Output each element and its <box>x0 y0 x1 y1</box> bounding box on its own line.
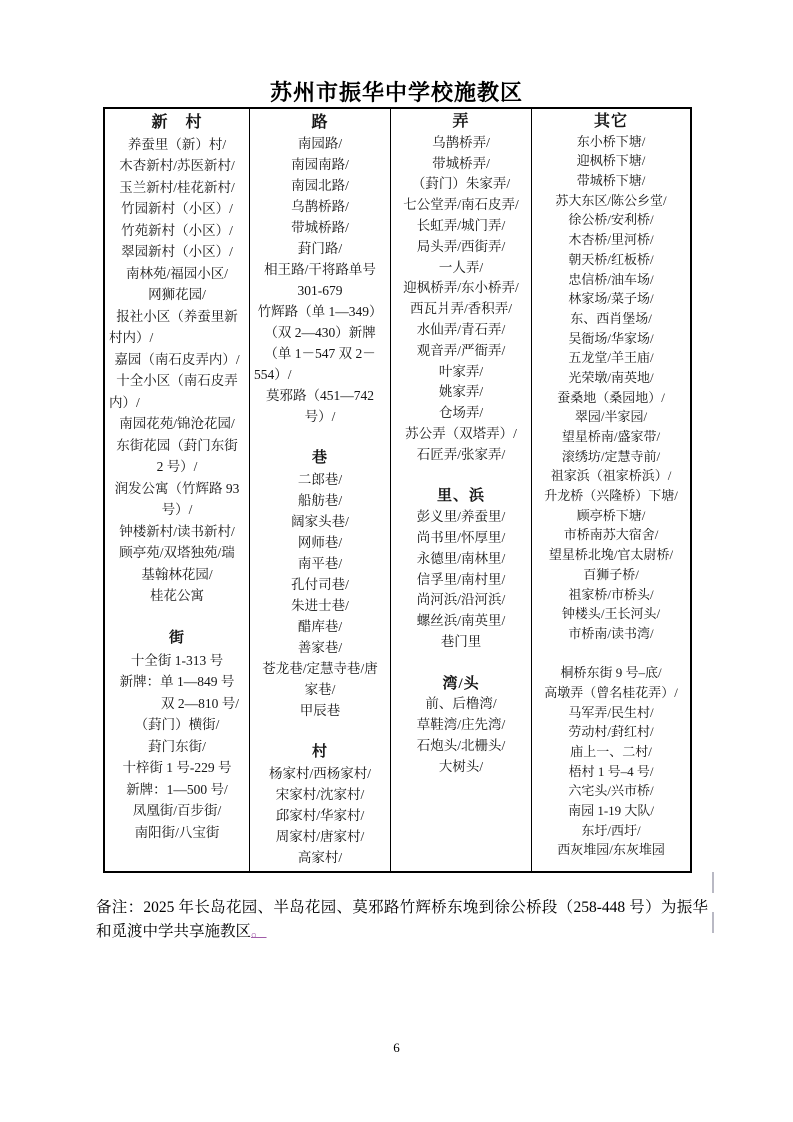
entry-line: 网狮花园/ <box>105 284 249 306</box>
entry-line: 新牌：1—500 号/ <box>105 779 249 801</box>
entry-line: 苏大东区/陈公乡堂/ <box>532 191 690 211</box>
entry-line: （葑门）朱家弄/ <box>391 174 531 195</box>
entry-line: 石炮头/北栅头/ <box>391 736 531 757</box>
entry-line: 竹苑新村（小区）/ <box>105 220 249 242</box>
entry-line: 葑门路/ <box>250 238 390 259</box>
entry-line: 朱进士巷/ <box>250 595 390 616</box>
entry-line: 玉兰新村/桂花新村/ <box>105 177 249 199</box>
entry-line: 2 号）/ <box>105 456 249 478</box>
entry-line: 光荣墩/南英地/ <box>532 368 690 388</box>
entry-line: 善家巷/ <box>250 637 390 658</box>
entry-line: 邱家村/华家村/ <box>250 805 390 826</box>
entry-line: 网师巷/ <box>250 532 390 553</box>
entry-line: 东街花园（葑门东街 <box>105 435 249 457</box>
entry-line: 马军弄/民生村/ <box>532 703 690 723</box>
entry-line: 十全小区（南石皮弄 <box>105 370 249 392</box>
entry-line: 大树头/ <box>391 757 531 778</box>
entry-line: 翠园/半家园/ <box>532 407 690 427</box>
entry-line <box>532 644 690 664</box>
column-subheader: 村 <box>250 742 390 763</box>
entry-line: 祖家浜（祖家桥浜）/ <box>532 466 690 486</box>
entry-line: 东、西肖堡场/ <box>532 309 690 329</box>
column-subheader: 街 <box>105 628 249 650</box>
column-header: 弄 <box>391 112 531 133</box>
entry-line <box>250 427 390 448</box>
entry-line <box>391 653 531 674</box>
entry-line <box>250 721 390 742</box>
entry-line: 阔家头巷/ <box>250 511 390 532</box>
entry-line: 南园路/ <box>250 133 390 154</box>
entry-line: 市桥南/读书湾/ <box>532 624 690 644</box>
entry-line: 内）/ <box>105 392 249 414</box>
revision-change-bar <box>712 912 714 933</box>
column-header: 路 <box>250 112 390 133</box>
entry-line: 乌鹊桥弄/ <box>391 133 531 154</box>
entry-line: 南林苑/福园小区/ <box>105 263 249 285</box>
entry-line: 升龙桥（兴隆桥）下塘/ <box>532 486 690 506</box>
entry-line: 尚河浜/沿河浜/ <box>391 590 531 611</box>
entry-line: 五龙堂/羊王庙/ <box>532 348 690 368</box>
document-page: { "page": { "title": "苏州市振华中学校施教区", "pag… <box>0 0 793 1122</box>
entry-line: 南园南路/ <box>250 154 390 175</box>
entry-line: 杨家村/西杨家村/ <box>250 763 390 784</box>
entry-line <box>391 466 531 487</box>
entry-line: 徐公桥/安利桥/ <box>532 210 690 230</box>
entry-line: 报社小区（养蚕里新 <box>105 306 249 328</box>
entry-line: 醋库巷/ <box>250 616 390 637</box>
entry-line: 孔付司巷/ <box>250 574 390 595</box>
entry-line: 姚家弄/ <box>391 382 531 403</box>
entry-line: 莫邪路（451—742 <box>250 385 390 406</box>
entry-line: 高家村/ <box>250 847 390 868</box>
entry-line: 南平巷/ <box>250 553 390 574</box>
entry-line: 嘉园（南石皮弄内）/ <box>105 349 249 371</box>
entry-line: 东圩/西圩/ <box>532 821 690 841</box>
entry-line: 梧村 1 号–4 号/ <box>532 762 690 782</box>
entry-line: 南园 1-19 大队/ <box>532 801 690 821</box>
entry-line: 尚书里/怀厚里/ <box>391 528 531 549</box>
column-header: 新 村 <box>105 112 249 134</box>
entry-line: 水仙弄/青石弄/ <box>391 320 531 341</box>
entry-line: 朝天桥/红板桥/ <box>532 250 690 270</box>
entry-line: 石匠弄/张家弄/ <box>391 445 531 466</box>
entry-line: 润发公寓（竹辉路 93 <box>105 478 249 500</box>
entry-line: 南园北路/ <box>250 175 390 196</box>
entry-line: 带城桥路/ <box>250 217 390 238</box>
entry-line: 桐桥东街 9 号–底/ <box>532 663 690 683</box>
entry-line: 苏公弄（双塔弄）/ <box>391 424 531 445</box>
entry-line: 滚绣坊/定慧寺前/ <box>532 447 690 467</box>
entry-line: 劳动村/葑红村/ <box>532 722 690 742</box>
entry-line: 望星桥南/盛家带/ <box>532 427 690 447</box>
entry-line: 忠信桥/油车场/ <box>532 270 690 290</box>
entry-line: 南阳街/八宝街 <box>105 822 249 844</box>
footnote-tracked-change: 。 <box>251 923 267 940</box>
entry-line: 双 2—810 号/ <box>105 693 249 715</box>
entry-line: 螺丝浜/南英里/ <box>391 611 531 632</box>
entry-line: 六宅头/兴市桥/ <box>532 781 690 801</box>
entry-line: 仓场弄/ <box>391 403 531 424</box>
entry-line: 顾亭桥下塘/ <box>532 506 690 526</box>
entry-line: 基翰林花园/ <box>105 564 249 586</box>
page-title: 苏州市振华中学校施教区 <box>0 76 793 107</box>
column-subheader: 巷 <box>250 448 390 469</box>
entry-line: 市桥南苏大宿舍/ <box>532 525 690 545</box>
entry-line: 庙上一、二村/ <box>532 742 690 762</box>
entry-line <box>105 607 249 629</box>
entry-line: 信孚里/南村里/ <box>391 570 531 591</box>
entry-line: 二郎巷/ <box>250 469 390 490</box>
entry-line: 养蚕里（新）村/ <box>105 134 249 156</box>
entry-line: 彭义里/养蚕里/ <box>391 507 531 528</box>
entry-line: 甲辰巷 <box>250 700 390 721</box>
entry-line: 迎枫桥弄/东小桥弄/ <box>391 278 531 299</box>
entry-line: （单 1－547 双 2－ <box>250 343 390 364</box>
entry-line: 钟楼新村/读书新村/ <box>105 521 249 543</box>
entry-line: 翠园新村（小区）/ <box>105 241 249 263</box>
entry-line: 木杏桥/里河桥/ <box>532 230 690 250</box>
entry-line: 南园花苑/锦沧花园/ <box>105 413 249 435</box>
entry-line: 葑门东街/ <box>105 736 249 758</box>
entry-line: 叶家弄/ <box>391 362 531 383</box>
entry-line: 相王路/干将路单号 <box>250 259 390 280</box>
entry-line: 局头弄/西街弄/ <box>391 237 531 258</box>
column-subheader: 里、浜 <box>391 486 531 507</box>
entry-line: 林家场/菜子场/ <box>532 289 690 309</box>
entry-line: 家巷/ <box>250 679 390 700</box>
entry-line: 带城桥弄/ <box>391 154 531 175</box>
entry-line: 号）/ <box>105 499 249 521</box>
entry-line: 十梓街 1 号-229 号 <box>105 757 249 779</box>
entry-line: 新牌：单 1—849 号 <box>105 671 249 693</box>
entry-line: 吴衙场/华家场/ <box>532 329 690 349</box>
entry-line: 船舫巷/ <box>250 490 390 511</box>
entry-line: 宋家村/沈家村/ <box>250 784 390 805</box>
entry-line: （双 2—430）新牌 <box>250 322 390 343</box>
table-column-3: 其它东小桥下塘/迎枫桥下塘/带城桥下塘/苏大东区/陈公乡堂/徐公桥/安利桥/木杏… <box>531 109 690 871</box>
entry-line: 顾亭苑/双塔独苑/瑞 <box>105 542 249 564</box>
entry-line: 长虹弄/城门弄/ <box>391 216 531 237</box>
entry-line: 迎枫桥下塘/ <box>532 151 690 171</box>
entry-line: 永德里/南林里/ <box>391 549 531 570</box>
entry-line: 301-679 <box>250 280 390 301</box>
entry-line: 竹辉路（单 1—349） <box>250 301 390 322</box>
entry-line: 前、后橹湾/ <box>391 694 531 715</box>
table-column-1: 路南园路/南园南路/南园北路/乌鹊桥路/带城桥路/葑门路/相王路/干将路单号30… <box>249 109 390 871</box>
entry-line: 望星桥北堍/官太尉桥/ <box>532 545 690 565</box>
revision-change-bar <box>712 872 714 893</box>
entry-line: 东小桥下塘/ <box>532 132 690 152</box>
entry-line: 带城桥下塘/ <box>532 171 690 191</box>
entry-line: 周家村/唐家村/ <box>250 826 390 847</box>
entry-line: 草鞋湾/庄先湾/ <box>391 715 531 736</box>
entry-line: 乌鹊桥路/ <box>250 196 390 217</box>
entry-line: 巷门里 <box>391 632 531 653</box>
footnote-text: 备注：2025 年长岛花园、半岛花园、莫邪路竹辉桥东堍到徐公桥段（258-448… <box>96 899 708 940</box>
column-subheader: 湾/头 <box>391 674 531 695</box>
entry-line: 木杏新村/苏医新村/ <box>105 155 249 177</box>
table-column-2: 弄乌鹊桥弄/带城桥弄/（葑门）朱家弄/七公堂弄/南石皮弄/长虹弄/城门弄/局头弄… <box>390 109 531 871</box>
district-table: 新 村养蚕里（新）村/木杏新村/苏医新村/玉兰新村/桂花新村/竹园新村（小区）/… <box>103 107 692 873</box>
entry-line: 一人弄/ <box>391 258 531 279</box>
table-column-0: 新 村养蚕里（新）村/木杏新村/苏医新村/玉兰新村/桂花新村/竹园新村（小区）/… <box>105 109 249 871</box>
entry-line: 十全街 1-313 号 <box>105 650 249 672</box>
entry-line: 西灰堆园/东灰堆园 <box>532 840 690 860</box>
entry-line: 桂花公寓 <box>105 585 249 607</box>
entry-line: 凤凰街/百步街/ <box>105 800 249 822</box>
column-header: 其它 <box>532 112 690 132</box>
entry-line: 高墩弄（曾名桂花弄）/ <box>532 683 690 703</box>
page-number: 6 <box>0 1040 793 1056</box>
entry-line: 百狮子桥/ <box>532 565 690 585</box>
entry-line: 蚕桑地（桑园地）/ <box>532 388 690 408</box>
entry-line: 554）/ <box>250 364 390 385</box>
entry-line: 村内）/ <box>105 327 249 349</box>
entry-line: 观音弄/严衙弄/ <box>391 341 531 362</box>
entry-line: 钟楼头/王长河头/ <box>532 604 690 624</box>
entry-line: 苍龙巷/定慧寺巷/唐 <box>250 658 390 679</box>
entry-line: 竹园新村（小区）/ <box>105 198 249 220</box>
entry-line: 祖家桥/市桥头/ <box>532 585 690 605</box>
entry-line: 号）/ <box>250 406 390 427</box>
entry-line: 西瓦爿弄/香积弄/ <box>391 299 531 320</box>
entry-line: （葑门）横街/ <box>105 714 249 736</box>
footnote: 备注：2025 年长岛花园、半岛花园、莫邪路竹辉桥东堍到徐公桥段（258-448… <box>96 896 708 943</box>
entry-line: 七公堂弄/南石皮弄/ <box>391 195 531 216</box>
